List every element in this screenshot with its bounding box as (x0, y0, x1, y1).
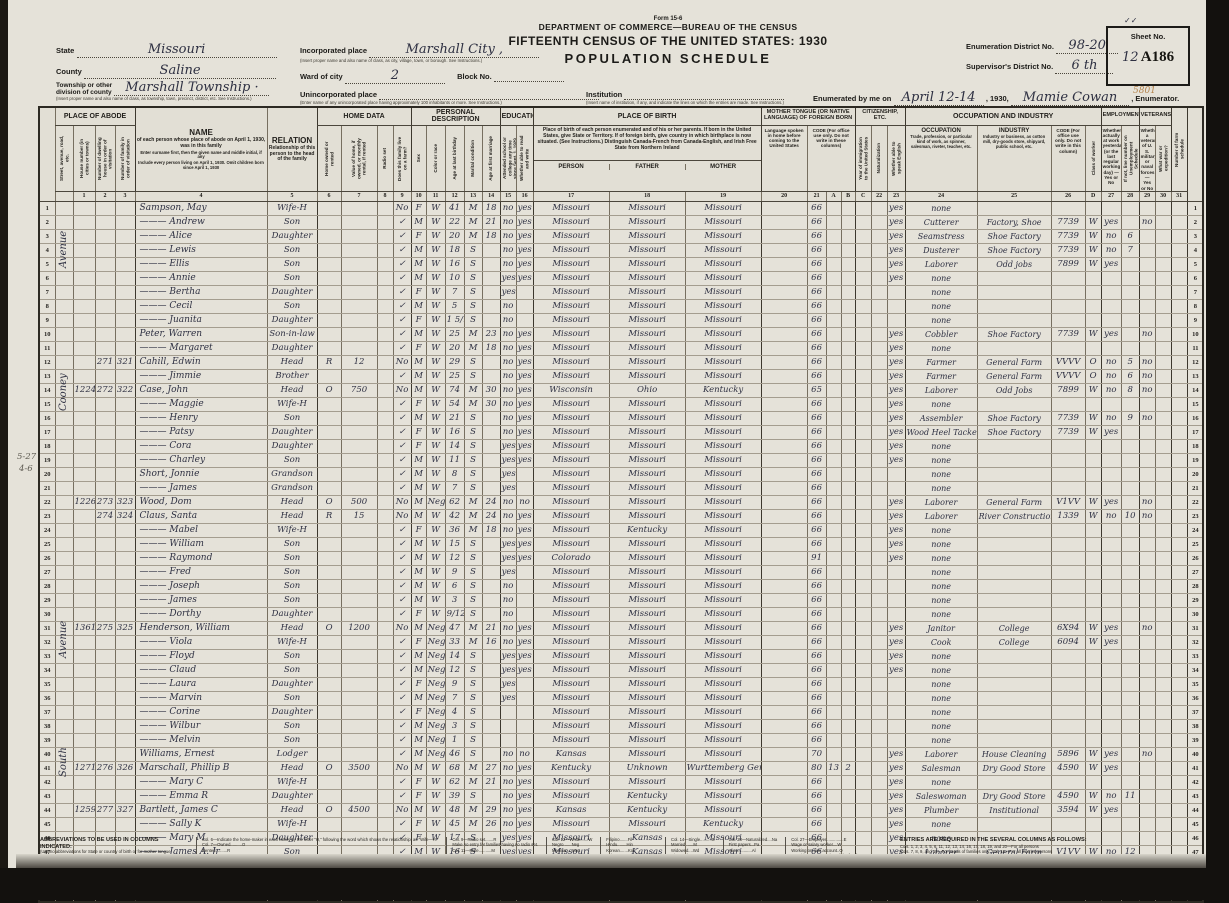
cell (1121, 257, 1139, 271)
cell: 66 (807, 285, 826, 299)
cell: Neg (426, 635, 445, 649)
cell (377, 341, 393, 355)
cell: Missouri (685, 467, 761, 481)
cell: 18 (445, 243, 464, 257)
cell: Head (267, 383, 317, 397)
cell: ——— James (135, 593, 267, 607)
cell (73, 537, 95, 551)
cell (1101, 453, 1121, 467)
cell: S (464, 411, 482, 425)
cell: Missouri (685, 369, 761, 383)
cell (1051, 607, 1085, 621)
cell (855, 523, 871, 537)
cell (826, 747, 841, 761)
cell (482, 425, 500, 439)
cell: 9 (445, 565, 464, 579)
cell (1051, 523, 1085, 537)
pencil-note: 5-27 (17, 452, 36, 462)
cell (377, 635, 393, 649)
cell (73, 775, 95, 789)
cell: Head (267, 803, 317, 817)
cell (826, 607, 841, 621)
cell (317, 663, 341, 677)
cell (826, 411, 841, 425)
cell (115, 733, 135, 747)
cell (95, 341, 115, 355)
cell (1171, 817, 1187, 831)
cell: ——— Charley (135, 453, 267, 467)
cell (887, 691, 905, 705)
cell: no (500, 593, 516, 607)
cell: 8 (1121, 383, 1139, 397)
cell (855, 649, 871, 663)
cell: ✓ (393, 243, 411, 257)
cell: College (977, 635, 1051, 649)
cell (1101, 649, 1121, 663)
cell (95, 327, 115, 341)
township-field: Township or other division of county Mar… (56, 80, 269, 101)
cell (73, 565, 95, 579)
pob-father-label: FATHER (609, 164, 685, 170)
cell (1101, 201, 1121, 215)
census-row: 20Short, JonnieGrandson✓MW8SyesMissouriM… (39, 467, 1203, 481)
line-number-col-left (39, 107, 55, 201)
cell (887, 313, 905, 327)
cell: Missouri (609, 271, 685, 285)
cell (341, 733, 377, 747)
cell (841, 355, 855, 369)
cell (871, 509, 887, 523)
line-number: 44 (39, 803, 55, 817)
cell: No (393, 383, 411, 397)
cell: 21 (482, 215, 500, 229)
cell: ✓ (393, 789, 411, 803)
cell: no (500, 215, 516, 229)
cell (826, 691, 841, 705)
cell: Missouri (685, 453, 761, 467)
census-row: 21——— JamesGrandson✓MW7SyesMissouriMisso… (39, 481, 1203, 495)
cell (115, 635, 135, 649)
cell: yes (516, 243, 533, 257)
cell (977, 341, 1051, 355)
cell: College (977, 621, 1051, 635)
cell: Farmer (905, 369, 977, 383)
cell (1155, 565, 1171, 579)
cell: Missouri (609, 341, 685, 355)
cell: M (411, 327, 426, 341)
cell (1155, 355, 1171, 369)
cell (516, 565, 533, 579)
cell (1051, 271, 1085, 285)
cell (482, 649, 500, 663)
cell: M (464, 495, 482, 509)
cell: ——— Lewis (135, 243, 267, 257)
cell: 6 (1121, 369, 1139, 383)
cell: House Cleaning (977, 747, 1051, 761)
cell: Head (267, 355, 317, 369)
cell (871, 691, 887, 705)
line-number: 24 (39, 523, 55, 537)
cell: F (411, 341, 426, 355)
column-number: 23 (887, 191, 905, 201)
cell (317, 271, 341, 285)
cell: M (411, 551, 426, 565)
cell: Laborer (905, 383, 977, 397)
cell (1121, 537, 1139, 551)
cell (95, 425, 115, 439)
cell (826, 677, 841, 691)
cell: Peter, Warren (135, 327, 267, 341)
cell (977, 397, 1051, 411)
line-number: 33 (39, 649, 55, 663)
cell: Missouri (685, 803, 761, 817)
cell: Kansas (533, 803, 609, 817)
cell (317, 719, 341, 733)
column-number: 17 (533, 191, 609, 201)
cell (341, 327, 377, 341)
cell (1101, 677, 1121, 691)
cell: yes (887, 201, 905, 215)
col-owned-rented-header: Home owned or rented (317, 125, 341, 191)
cell (1171, 327, 1187, 341)
line-number: 16 (39, 411, 55, 425)
cell (761, 257, 807, 271)
column-number: 19 (685, 191, 761, 201)
cell: Missouri (533, 495, 609, 509)
cell: W (1085, 243, 1101, 257)
cell (871, 243, 887, 257)
cell (95, 775, 115, 789)
cell (1085, 705, 1101, 719)
cell (1155, 313, 1171, 327)
cell (1139, 481, 1155, 495)
cell: 12 (445, 663, 464, 677)
cell: 25 (445, 327, 464, 341)
street-cell (55, 565, 73, 579)
cell (1155, 537, 1171, 551)
name-desc-2: Enter surname first, then the given name… (137, 151, 266, 161)
census-row: 36——— MarvinSon✓MNeg7SyesMissouriMissour… (39, 691, 1203, 705)
cell: 66 (807, 327, 826, 341)
census-row: 27——— FredSon✓MW9SyesMissouriMissouriMis… (39, 565, 1203, 579)
cell (341, 313, 377, 327)
cell (377, 313, 393, 327)
line-number: 45 (39, 817, 55, 831)
column-number: 20 (761, 191, 807, 201)
cell (855, 369, 871, 383)
cell (1155, 201, 1171, 215)
col-dwelling-number-header: Number of dwelling house in order of vis… (95, 125, 115, 191)
cell: no (1101, 383, 1121, 397)
cell (73, 719, 95, 733)
cell: Missouri (533, 621, 609, 635)
cell (73, 243, 95, 257)
cell: yes (516, 509, 533, 523)
cell (73, 257, 95, 271)
line-number: 22 (39, 495, 55, 509)
cell (1155, 383, 1171, 397)
cell: none (905, 467, 977, 481)
cell: Missouri (685, 789, 761, 803)
cell: Daughter (267, 229, 317, 243)
cell: yes (887, 635, 905, 649)
col-place-of-birth-header: Place of birth of each person enumerated… (533, 125, 761, 191)
cell: Daughter (267, 313, 317, 327)
cell: none (905, 299, 977, 313)
line-number: 10 (39, 327, 55, 341)
cell (95, 229, 115, 243)
cell (761, 215, 807, 229)
cell (482, 607, 500, 621)
cell (73, 397, 95, 411)
cell (1139, 299, 1155, 313)
cell (826, 201, 841, 215)
cell (115, 425, 135, 439)
cell: Missouri (609, 537, 685, 551)
cell: ✓ (393, 285, 411, 299)
cell (871, 285, 887, 299)
cell (317, 607, 341, 621)
cell: W (426, 257, 445, 271)
cell (1121, 313, 1139, 327)
cell: ——— Margaret (135, 341, 267, 355)
cell (341, 523, 377, 537)
cell (826, 705, 841, 719)
cell: no (500, 789, 516, 803)
cell: 10 (445, 271, 464, 285)
cell: yes (516, 425, 533, 439)
cell (841, 495, 855, 509)
cell (855, 271, 871, 285)
census-row: 7——— BerthaDaughter✓FW7SyesMissouriMisso… (39, 285, 1203, 299)
ward-field: Ward of city 2 Block No. (300, 68, 564, 84)
cell: M (411, 467, 426, 481)
census-row: 3——— AliceDaughter✓FW20M18noyesMissouriM… (39, 229, 1203, 243)
cell: W (1085, 425, 1101, 439)
col-radio-header: Radio set (377, 125, 393, 191)
cell: none (905, 201, 977, 215)
cell: ——— Melvin (135, 733, 267, 747)
cell (1171, 789, 1187, 803)
line-number: 33 (1187, 649, 1203, 663)
cell (482, 257, 500, 271)
cell (761, 285, 807, 299)
column-number: 15 (500, 191, 516, 201)
cell (1121, 425, 1139, 439)
line-number: 20 (39, 467, 55, 481)
column-number: 9 (393, 191, 411, 201)
cell: 6094 (1051, 635, 1085, 649)
col-age-header: Age at last birthday (445, 125, 464, 191)
cell: 16 (482, 635, 500, 649)
cell (1085, 537, 1101, 551)
cell (871, 327, 887, 341)
group-citizenship: CITIZENSHIP, ETC. (855, 107, 905, 125)
cell (761, 425, 807, 439)
census-row: 29——— JamesSon✓MW3SnoMissouriMissouriMis… (39, 593, 1203, 607)
cell: none (905, 481, 977, 495)
cell: 277 (95, 803, 115, 817)
cell (826, 397, 841, 411)
cell: Shoe Factory (977, 411, 1051, 425)
cell: ✓ (393, 733, 411, 747)
cell (341, 551, 377, 565)
cell: S (464, 285, 482, 299)
cell (1101, 607, 1121, 621)
cell: Missouri (685, 313, 761, 327)
cell: Missouri (533, 355, 609, 369)
cell: Missouri (609, 327, 685, 341)
cell (1051, 551, 1085, 565)
cell (377, 453, 393, 467)
cell (1085, 467, 1101, 481)
cell (115, 467, 135, 481)
cell (1051, 453, 1085, 467)
cell: W (426, 369, 445, 383)
line-number: 23 (1187, 509, 1203, 523)
cell: Neg (426, 649, 445, 663)
cell: none (905, 691, 977, 705)
cell: S (464, 453, 482, 467)
cell (761, 705, 807, 719)
cell (115, 453, 135, 467)
line-number: 27 (39, 565, 55, 579)
column-number: 5 (267, 191, 317, 201)
pob-description: Place of birth of each person enumerated… (534, 126, 761, 160)
cell (1139, 341, 1155, 355)
cell: ——— Floyd (135, 649, 267, 663)
cell (1155, 775, 1171, 789)
cell (482, 565, 500, 579)
cell: Short, Jonnie (135, 467, 267, 481)
cell (482, 719, 500, 733)
street-cell (55, 523, 73, 537)
cell (482, 677, 500, 691)
cell: No (393, 495, 411, 509)
cell (1139, 607, 1155, 621)
cell (73, 523, 95, 537)
cell (1139, 579, 1155, 593)
cell (1101, 439, 1121, 453)
cell (841, 705, 855, 719)
cell (482, 439, 500, 453)
cell: yes (500, 439, 516, 453)
cell (482, 243, 500, 257)
cell: Missouri (685, 719, 761, 733)
cell (871, 705, 887, 719)
cell (1139, 243, 1155, 257)
cell (1121, 453, 1139, 467)
cell (73, 439, 95, 453)
cell: 66 (807, 523, 826, 537)
cell (826, 271, 841, 285)
column-number: 4 (135, 191, 267, 201)
cell (482, 411, 500, 425)
cell: ✓ (393, 551, 411, 565)
cell (1155, 635, 1171, 649)
cell: yes (500, 453, 516, 467)
cell (377, 201, 393, 215)
township-label-2: division of county (56, 89, 112, 96)
cell: S (464, 481, 482, 495)
cell (841, 467, 855, 481)
cell: Missouri (533, 481, 609, 495)
cell (841, 663, 855, 677)
cell: W (426, 551, 445, 565)
relation-desc: Relationship of this person to the head … (269, 146, 316, 163)
cell: O (317, 383, 341, 397)
enumerator-field: Enumerated by me on April 12-14 , 1930, … (813, 90, 1179, 106)
cell: yes (887, 761, 905, 775)
cell: no (500, 229, 516, 243)
cell (761, 817, 807, 831)
cell: yes (887, 425, 905, 439)
cell: 18 (482, 523, 500, 537)
cell (115, 439, 135, 453)
cell (1155, 551, 1171, 565)
cell: yes (516, 775, 533, 789)
cell: Neg (426, 663, 445, 677)
cell (1085, 579, 1101, 593)
cell: 21 (482, 775, 500, 789)
cell (1121, 285, 1139, 299)
cell: ——— Mabel (135, 523, 267, 537)
cell: 6X94 (1051, 621, 1085, 635)
cell: yes (516, 453, 533, 467)
cell: 271 (95, 355, 115, 369)
cell: 1224 (73, 383, 95, 397)
cell (377, 369, 393, 383)
census-row: 39——— MelvinSon✓MNeg1SMissouriMissouriMi… (39, 733, 1203, 747)
cell: M (464, 761, 482, 775)
group-employment: EMPLOYMENT (1101, 107, 1139, 125)
cell (482, 271, 500, 285)
cell (482, 355, 500, 369)
cell (516, 299, 533, 313)
col-speak-english-header: Whether able to speak English (887, 125, 905, 191)
cell: ——— Joseph (135, 579, 267, 593)
cell: M (411, 761, 426, 775)
cell (1085, 481, 1101, 495)
cell (377, 607, 393, 621)
enumeration-district-value: 98-20 (1068, 38, 1105, 53)
cell: yes (887, 397, 905, 411)
cell: Missouri (533, 215, 609, 229)
cell: M (464, 621, 482, 635)
cell: Dusterer (905, 243, 977, 257)
cell: 22 (445, 215, 464, 229)
line-number: 16 (1187, 411, 1203, 425)
cell (115, 271, 135, 285)
line-number: 40 (1187, 747, 1203, 761)
cell: Missouri (685, 733, 761, 747)
line-number: 6 (39, 271, 55, 285)
cell: S (464, 243, 482, 257)
column-number: A (826, 191, 841, 201)
cell (855, 607, 871, 621)
cell (377, 663, 393, 677)
cell: Missouri (609, 201, 685, 215)
cell: yes (500, 677, 516, 691)
cell: Head (267, 621, 317, 635)
cell (855, 383, 871, 397)
line-number: 9 (1187, 313, 1203, 327)
cell: none (905, 579, 977, 593)
cell (826, 719, 841, 733)
col-naturalization-header: Naturalization (871, 125, 887, 191)
cell: 2 (841, 761, 855, 775)
cell: 66 (807, 537, 826, 551)
